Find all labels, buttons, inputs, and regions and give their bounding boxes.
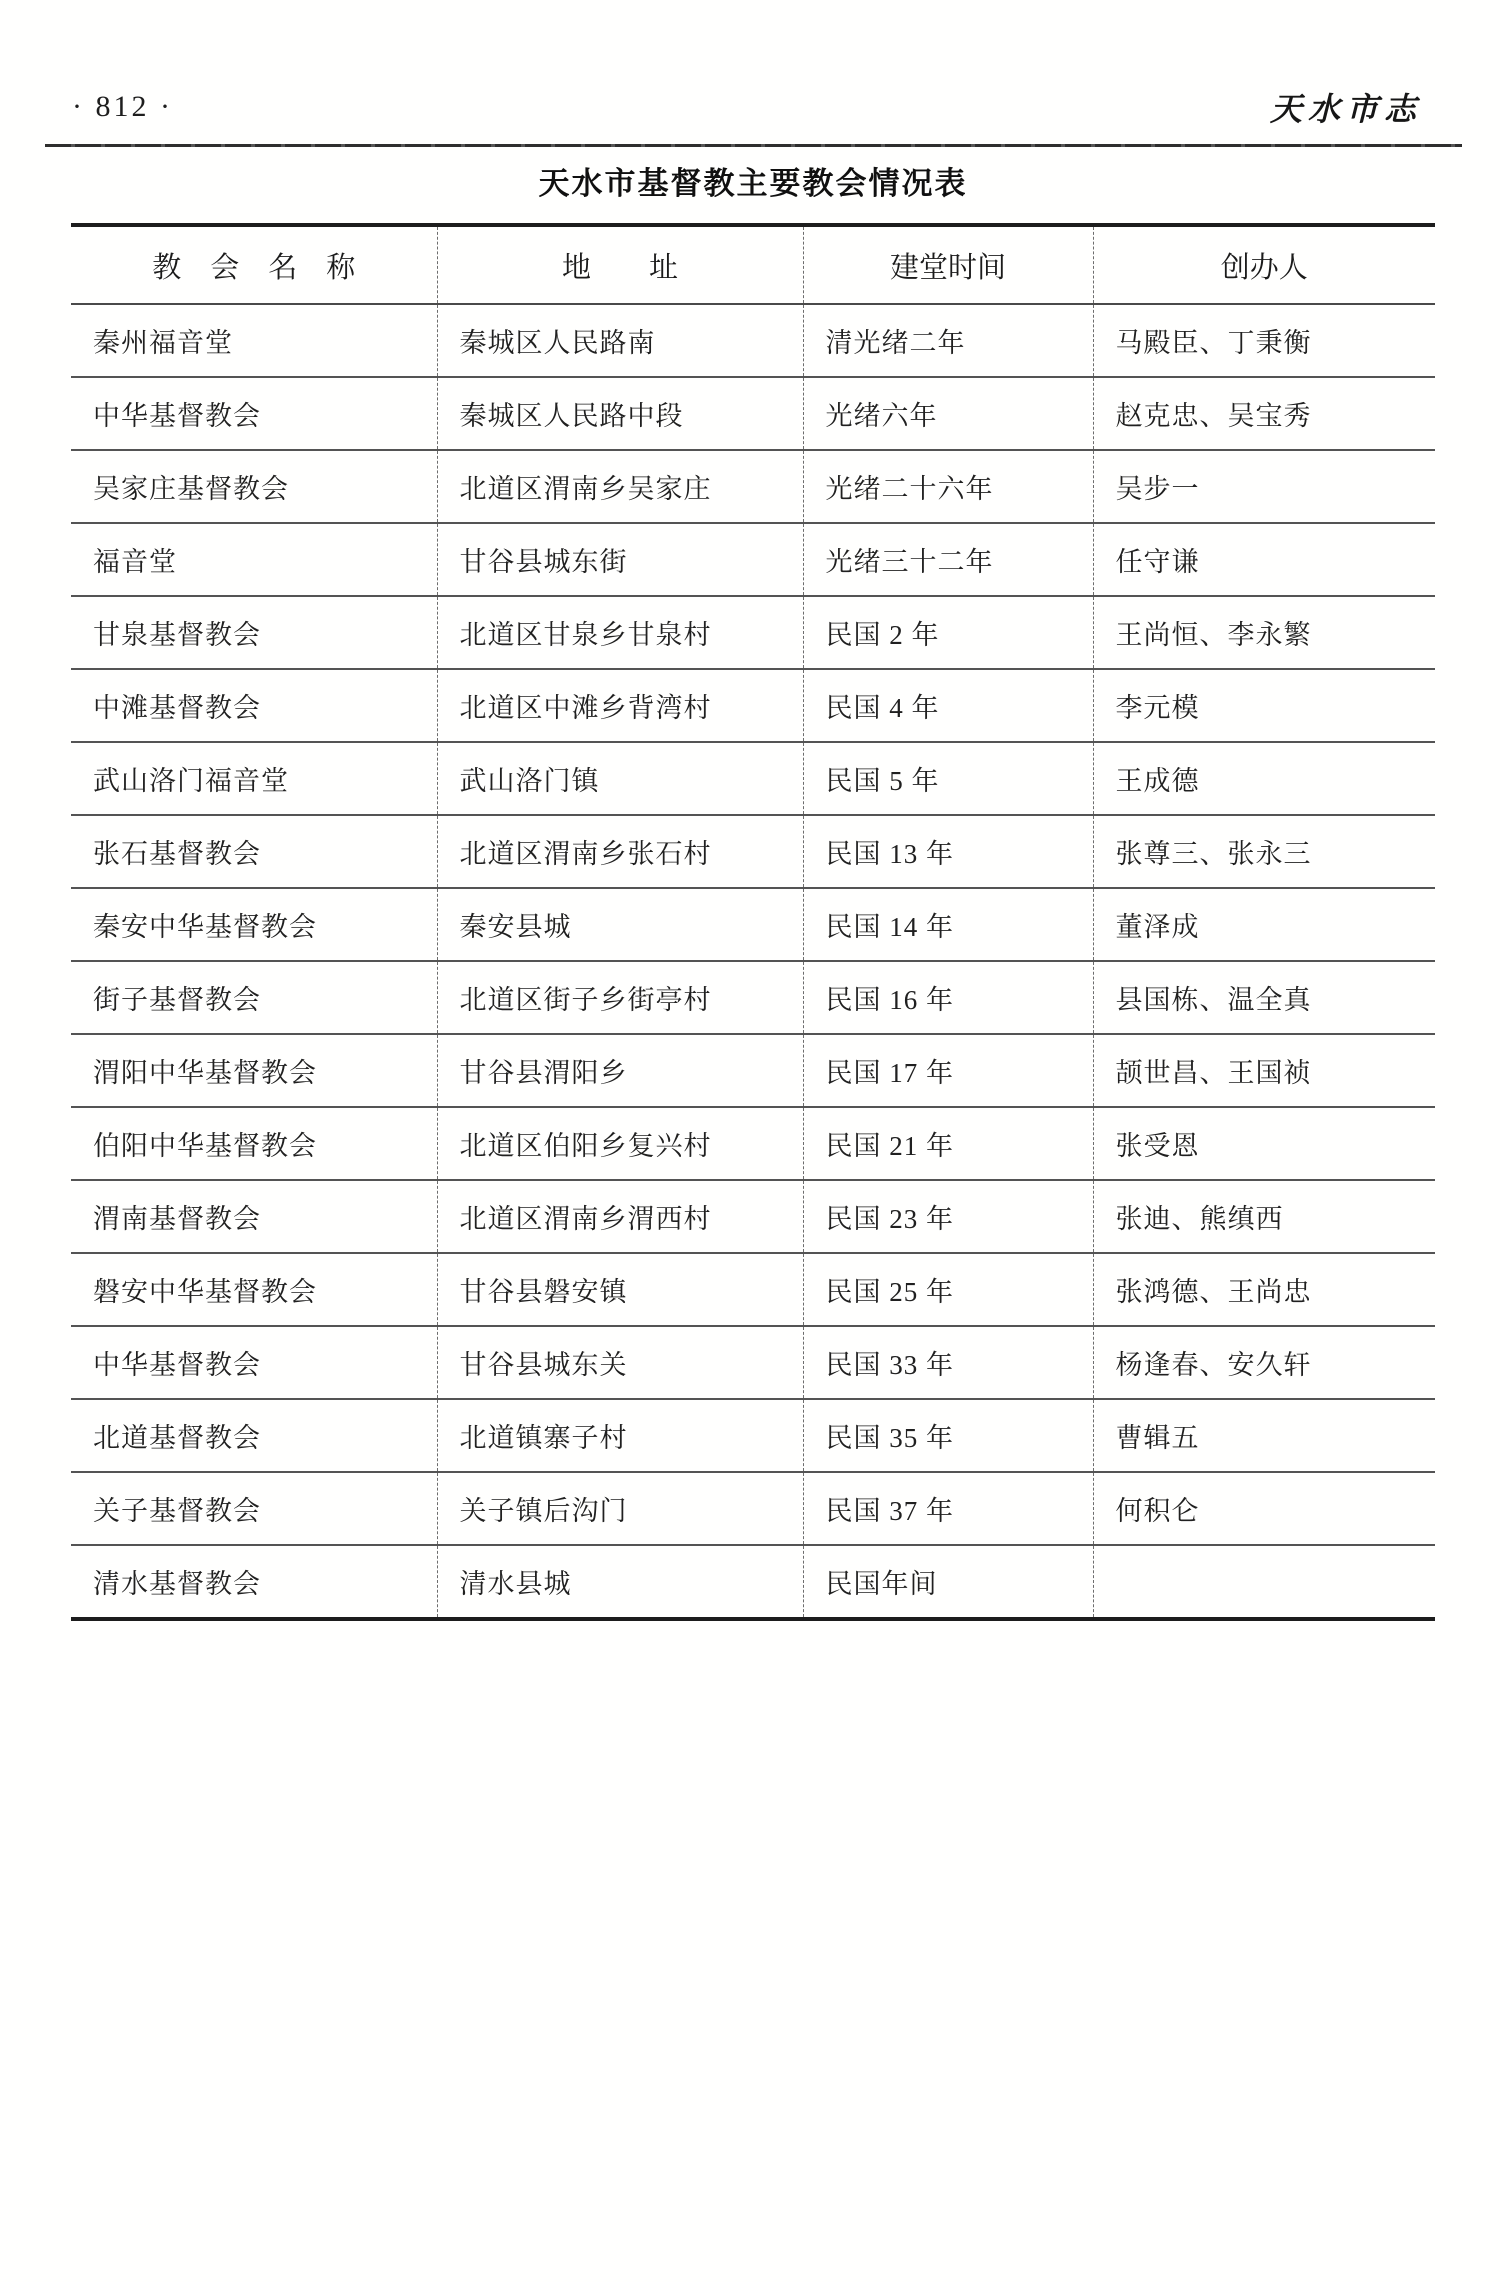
cell-founder: 杨逢春、安久轩 bbox=[1093, 1326, 1435, 1399]
cell-address: 北道区渭南乡吴家庄 bbox=[437, 450, 803, 523]
cell-address: 北道区中滩乡背湾村 bbox=[437, 669, 803, 742]
header-row: 教 会 名 称 地 址 建堂时间 创办人 bbox=[71, 225, 1435, 304]
cell-address: 北道区伯阳乡复兴村 bbox=[437, 1107, 803, 1180]
cell-address: 清水县城 bbox=[437, 1545, 803, 1619]
cell-church-name: 秦安中华基督教会 bbox=[71, 888, 437, 961]
cell-address: 秦城区人民路中段 bbox=[437, 377, 803, 450]
cell-founder: 李元模 bbox=[1093, 669, 1435, 742]
cell-church-name: 中滩基督教会 bbox=[71, 669, 437, 742]
cell-church-name: 街子基督教会 bbox=[71, 961, 437, 1034]
column-header-church-name: 教 会 名 称 bbox=[71, 225, 437, 304]
cell-address: 北道区渭南乡渭西村 bbox=[437, 1180, 803, 1253]
cell-founded: 光绪三十二年 bbox=[803, 523, 1093, 596]
cell-church-name: 福音堂 bbox=[71, 523, 437, 596]
column-header-founded: 建堂时间 bbox=[803, 225, 1093, 304]
cell-founded: 民国 16 年 bbox=[803, 961, 1093, 1034]
table-row: 北道基督教会北道镇寨子村民国 35 年曹辑五 bbox=[71, 1399, 1435, 1472]
table-row: 中滩基督教会北道区中滩乡背湾村民国 4 年李元模 bbox=[71, 669, 1435, 742]
cell-address: 甘谷县城东街 bbox=[437, 523, 803, 596]
churches-table: 教 会 名 称 地 址 建堂时间 创办人 秦州福音堂秦城区人民路南清光绪二年马殿… bbox=[71, 223, 1435, 1621]
cell-founder: 董泽成 bbox=[1093, 888, 1435, 961]
cell-founded: 民国 35 年 bbox=[803, 1399, 1093, 1472]
cell-church-name: 吴家庄基督教会 bbox=[71, 450, 437, 523]
table-row: 清水基督教会清水县城民国年间 bbox=[71, 1545, 1435, 1619]
cell-founder: 王尚恒、李永繁 bbox=[1093, 596, 1435, 669]
cell-founder: 赵克忠、吴宝秀 bbox=[1093, 377, 1435, 450]
cell-founded: 民国 4 年 bbox=[803, 669, 1093, 742]
cell-founder: 曹辑五 bbox=[1093, 1399, 1435, 1472]
cell-church-name: 关子基督教会 bbox=[71, 1472, 437, 1545]
cell-founded: 清光绪二年 bbox=[803, 304, 1093, 377]
column-header-founder: 创办人 bbox=[1093, 225, 1435, 304]
cell-address: 北道镇寨子村 bbox=[437, 1399, 803, 1472]
table-row: 武山洛门福音堂武山洛门镇民国 5 年王成德 bbox=[71, 742, 1435, 815]
table-title: 天水市基督教主要教会情况表 bbox=[71, 158, 1435, 203]
cell-church-name: 伯阳中华基督教会 bbox=[71, 1107, 437, 1180]
cell-founder: 吴步一 bbox=[1093, 450, 1435, 523]
cell-founded: 民国 37 年 bbox=[803, 1472, 1093, 1545]
page-number: · 812 · bbox=[72, 90, 173, 124]
cell-founded: 民国 33 年 bbox=[803, 1326, 1093, 1399]
cell-founded: 民国 25 年 bbox=[803, 1253, 1093, 1326]
cell-address: 甘谷县渭阳乡 bbox=[437, 1034, 803, 1107]
cell-church-name: 武山洛门福音堂 bbox=[71, 742, 437, 815]
table-row: 渭阳中华基督教会甘谷县渭阳乡民国 17 年颉世昌、王国祯 bbox=[71, 1034, 1435, 1107]
cell-founder: 张鸿德、王尚忠 bbox=[1093, 1253, 1435, 1326]
cell-address: 关子镇后沟门 bbox=[437, 1472, 803, 1545]
scanned-page: · 812 · 天水市志 天水市基督教主要教会情况表 教 会 名 称 地 址 建… bbox=[0, 0, 1500, 2282]
cell-founder: 马殿臣、丁秉衡 bbox=[1093, 304, 1435, 377]
table-row: 中华基督教会秦城区人民路中段光绪六年赵克忠、吴宝秀 bbox=[71, 377, 1435, 450]
cell-church-name: 甘泉基督教会 bbox=[71, 596, 437, 669]
table-body: 秦州福音堂秦城区人民路南清光绪二年马殿臣、丁秉衡中华基督教会秦城区人民路中段光绪… bbox=[71, 304, 1435, 1619]
table-row: 渭南基督教会北道区渭南乡渭西村民国 23 年张迪、熊缜西 bbox=[71, 1180, 1435, 1253]
cell-founded: 光绪二十六年 bbox=[803, 450, 1093, 523]
table-row: 秦安中华基督教会秦安县城民国 14 年董泽成 bbox=[71, 888, 1435, 961]
cell-founded: 民国 13 年 bbox=[803, 815, 1093, 888]
cell-founded: 民国 14 年 bbox=[803, 888, 1093, 961]
cell-founded: 民国 17 年 bbox=[803, 1034, 1093, 1107]
cell-founder: 王成德 bbox=[1093, 742, 1435, 815]
table-row: 福音堂甘谷县城东街光绪三十二年任守谦 bbox=[71, 523, 1435, 596]
cell-founder bbox=[1093, 1545, 1435, 1619]
cell-church-name: 磐安中华基督教会 bbox=[71, 1253, 437, 1326]
table-row: 关子基督教会关子镇后沟门民国 37 年何积仑 bbox=[71, 1472, 1435, 1545]
cell-founder: 张尊三、张永三 bbox=[1093, 815, 1435, 888]
cell-founder: 县国栋、温全真 bbox=[1093, 961, 1435, 1034]
cell-address: 北道区渭南乡张石村 bbox=[437, 815, 803, 888]
cell-founder: 张受恩 bbox=[1093, 1107, 1435, 1180]
cell-address: 甘谷县城东关 bbox=[437, 1326, 803, 1399]
cell-founder: 何积仑 bbox=[1093, 1472, 1435, 1545]
cell-church-name: 渭南基督教会 bbox=[71, 1180, 437, 1253]
cell-founded: 民国 2 年 bbox=[803, 596, 1093, 669]
cell-founder: 任守谦 bbox=[1093, 523, 1435, 596]
cell-founded: 民国 23 年 bbox=[803, 1180, 1093, 1253]
table-row: 张石基督教会北道区渭南乡张石村民国 13 年张尊三、张永三 bbox=[71, 815, 1435, 888]
cell-founded: 民国 21 年 bbox=[803, 1107, 1093, 1180]
table-row: 伯阳中华基督教会北道区伯阳乡复兴村民国 21 年张受恩 bbox=[71, 1107, 1435, 1180]
cell-address: 秦安县城 bbox=[437, 888, 803, 961]
cell-church-name: 渭阳中华基督教会 bbox=[71, 1034, 437, 1107]
cell-church-name: 张石基督教会 bbox=[71, 815, 437, 888]
cell-church-name: 清水基督教会 bbox=[71, 1545, 437, 1619]
cell-address: 秦城区人民路南 bbox=[437, 304, 803, 377]
column-header-address: 地 址 bbox=[437, 225, 803, 304]
cell-address: 北道区街子乡街亭村 bbox=[437, 961, 803, 1034]
table-row: 磐安中华基督教会甘谷县磐安镇民国 25 年张鸿德、王尚忠 bbox=[71, 1253, 1435, 1326]
book-title: 天水市志 bbox=[1270, 84, 1422, 130]
table-row: 秦州福音堂秦城区人民路南清光绪二年马殿臣、丁秉衡 bbox=[71, 304, 1435, 377]
table-row: 街子基督教会北道区街子乡街亭村民国 16 年县国栋、温全真 bbox=[71, 961, 1435, 1034]
cell-address: 武山洛门镇 bbox=[437, 742, 803, 815]
table-row: 中华基督教会甘谷县城东关民国 33 年杨逢春、安久轩 bbox=[71, 1326, 1435, 1399]
table-row: 甘泉基督教会北道区甘泉乡甘泉村民国 2 年王尚恒、李永繁 bbox=[71, 596, 1435, 669]
table-header: 教 会 名 称 地 址 建堂时间 创办人 bbox=[71, 225, 1435, 304]
cell-founded: 民国年间 bbox=[803, 1545, 1093, 1619]
cell-church-name: 秦州福音堂 bbox=[71, 304, 437, 377]
header-divider bbox=[45, 144, 1462, 147]
cell-founder: 张迪、熊缜西 bbox=[1093, 1180, 1435, 1253]
cell-address: 甘谷县磐安镇 bbox=[437, 1253, 803, 1326]
table-row: 吴家庄基督教会北道区渭南乡吴家庄光绪二十六年吴步一 bbox=[71, 450, 1435, 523]
cell-address: 北道区甘泉乡甘泉村 bbox=[437, 596, 803, 669]
cell-founder: 颉世昌、王国祯 bbox=[1093, 1034, 1435, 1107]
cell-church-name: 中华基督教会 bbox=[71, 377, 437, 450]
cell-founded: 民国 5 年 bbox=[803, 742, 1093, 815]
cell-founded: 光绪六年 bbox=[803, 377, 1093, 450]
cell-church-name: 中华基督教会 bbox=[71, 1326, 437, 1399]
cell-church-name: 北道基督教会 bbox=[71, 1399, 437, 1472]
